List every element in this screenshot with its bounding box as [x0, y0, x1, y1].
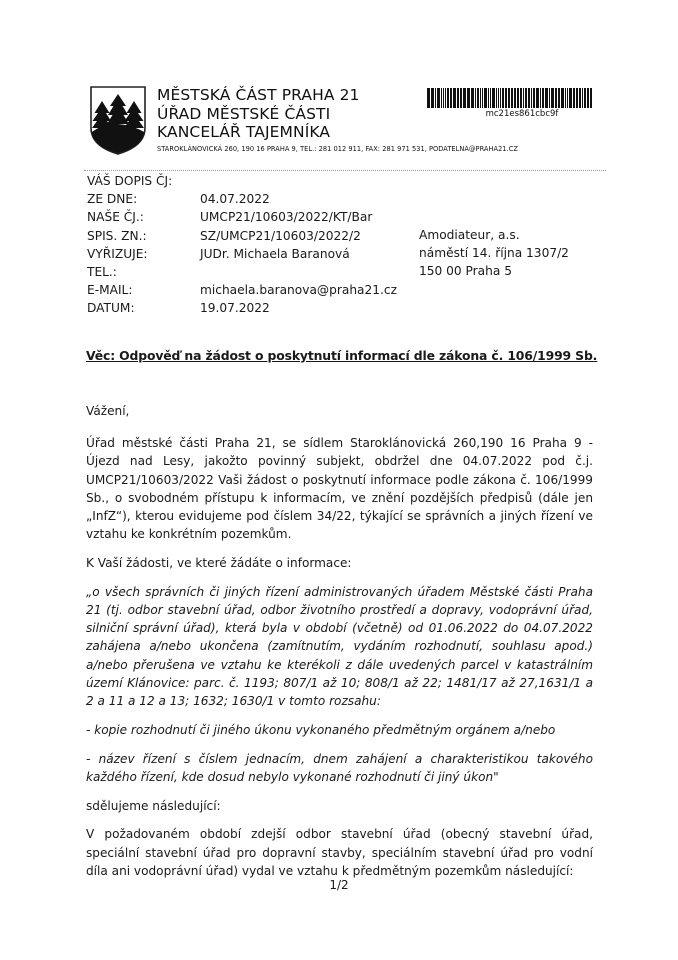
ref-label: NAŠE ČJ.: [87, 208, 200, 226]
ref-email: michaela.baranova@praha21.cz [200, 281, 397, 299]
org-line-2: ÚŘAD MĚSTSKÉ ČÁSTI [157, 105, 360, 124]
ref-label: TEL.: [87, 263, 200, 281]
barcode-icon [427, 88, 593, 108]
recipient-line: náměstí 14. října 1307/2 [419, 244, 569, 262]
ref-label: DATUM: [87, 299, 200, 317]
closing-quote: " [493, 770, 499, 784]
ref-label: E-MAIL: [87, 281, 200, 299]
org-line-1: MĚSTSKÁ ČÁST PRAHA 21 [157, 86, 360, 105]
barcode-text: mc21es861cbc9f [427, 109, 597, 119]
body-paragraph: sdělujeme následující: [86, 797, 593, 815]
ref-row: ZE DNE: 04.07.2022 [87, 190, 397, 208]
body-paragraph: V požadovaném období zdejší odbor staveb… [86, 825, 593, 880]
ref-row: NAŠE ČJ.: UMCP21/10603/2022/KT/Bar [87, 208, 397, 226]
letter-subject: Věc: Odpověď na žádost o poskytnutí info… [86, 348, 597, 363]
reference-block: VÁŠ DOPIS ČJ: ZE DNE: 04.07.2022 NAŠE ČJ… [87, 172, 397, 318]
ref-row: SPIS. ZN.: SZ/UMCP21/10603/2022/2 [87, 227, 397, 245]
letter-body: Vážení, Úřad městské části Praha 21, se … [86, 402, 593, 891]
body-paragraph: K Vaší žádosti, ve které žádáte o inform… [86, 554, 593, 572]
letter-page: MĚSTSKÁ ČÁST PRAHA 21 ÚŘAD MĚSTSKÉ ČÁSTI… [0, 0, 678, 960]
ref-value: 19.07.2022 [200, 299, 270, 317]
salutation: Vážení, [86, 402, 593, 420]
recipient-line: Amodiateur, a.s. [419, 226, 569, 244]
org-address: STAROKLÁNOVICKÁ 260, 190 16 PRAHA 9, TEL… [157, 145, 518, 154]
ref-row: VÁŠ DOPIS ČJ: [87, 172, 397, 190]
ref-row: E-MAIL: michaela.baranova@praha21.cz [87, 281, 397, 299]
body-paragraph: Úřad městské části Praha 21, se sídlem S… [86, 434, 593, 543]
recipient-line: 150 00 Praha 5 [419, 262, 569, 280]
barcode: mc21es861cbc9f [427, 88, 597, 119]
quoted-request-item: - název řízení s číslem jednacím, dnem z… [86, 750, 593, 786]
ref-label: VYŘIZUJE: [87, 245, 200, 263]
ref-value: SZ/UMCP21/10603/2022/2 [200, 227, 361, 245]
ref-label: ZE DNE: [87, 190, 200, 208]
quoted-request-item: - kopie rozhodnutí či jiného úkonu vykon… [86, 721, 593, 739]
ref-value: 04.07.2022 [200, 190, 270, 208]
ref-row: VYŘIZUJE: JUDr. Michaela Baranová [87, 245, 397, 263]
quoted-request: „o všech správních či jiných řízení admi… [86, 583, 593, 710]
ref-row: DATUM: 19.07.2022 [87, 299, 397, 317]
quoted-request-item-text: - název řízení s číslem jednacím, dnem z… [86, 752, 593, 784]
ref-value: JUDr. Michaela Baranová [200, 245, 350, 263]
ref-label: SPIS. ZN.: [87, 227, 200, 245]
recipient-address: Amodiateur, a.s. náměstí 14. října 1307/… [419, 226, 569, 281]
ref-label: VÁŠ DOPIS ČJ: [87, 172, 200, 190]
ref-value: UMCP21/10603/2022/KT/Bar [200, 208, 372, 226]
organization-name: MĚSTSKÁ ČÁST PRAHA 21 ÚŘAD MĚSTSKÉ ČÁSTI… [157, 86, 360, 142]
page-number: 1/2 [0, 878, 678, 892]
ref-row: TEL.: [87, 263, 397, 281]
org-line-3: KANCELÁŘ TAJEMNÍKA [157, 123, 360, 142]
header-divider [84, 170, 606, 171]
coat-of-arms-trees-icon [88, 84, 148, 156]
